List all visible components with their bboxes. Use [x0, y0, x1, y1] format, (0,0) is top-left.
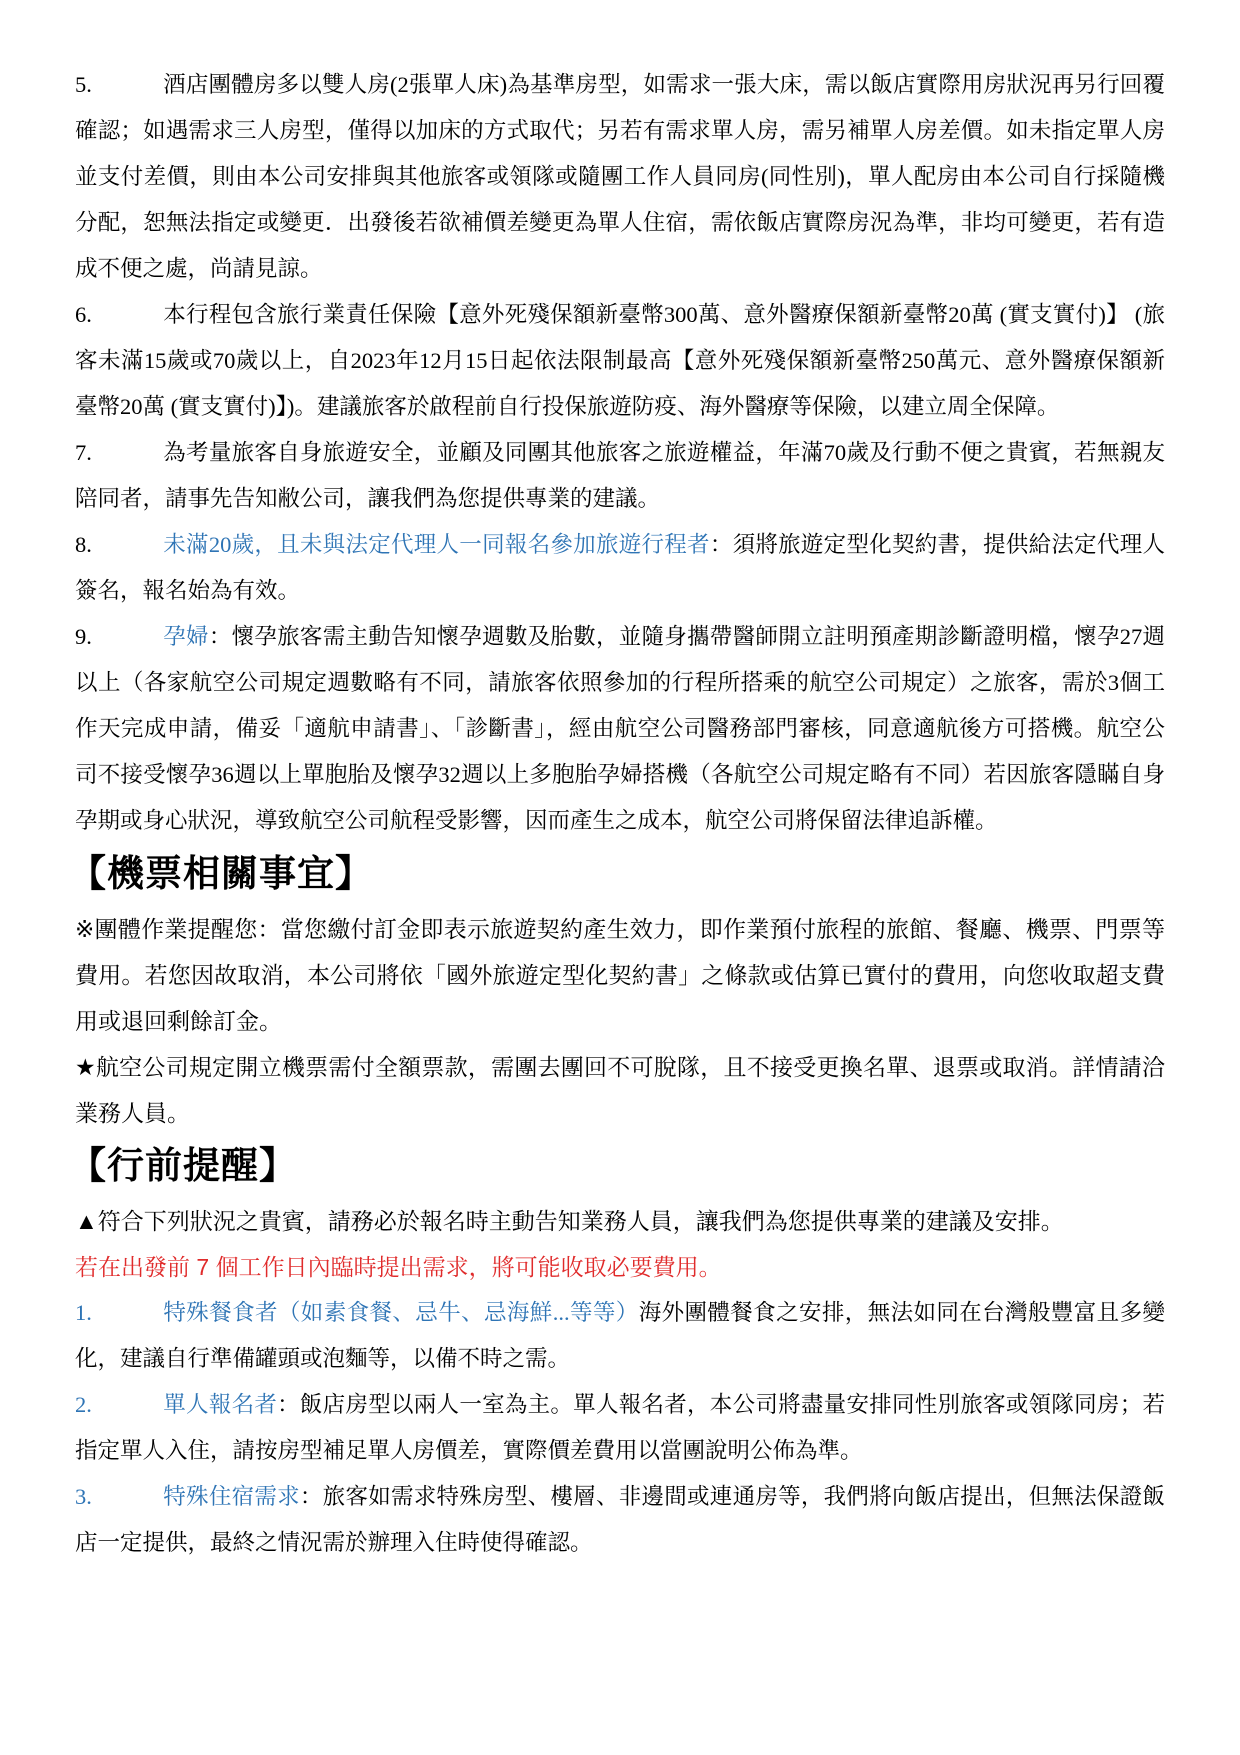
term-item-8: 8.未滿20歲，且未與法定代理人一同報名參加旅遊行程者：須將旅遊定型化契約書，提… — [75, 522, 1165, 614]
terms-document: 5.酒店團體房多以雙人房(2張單人床)為基準房型，如需求一張大床，需以飯店實際用… — [75, 62, 1165, 1566]
ticket-airline-note: ★航空公司規定開立機票需付全額票款，需團去團回不可脫隊，且不接受更換名單、退票或… — [75, 1044, 1165, 1136]
reminder-item-2: 2.單人報名者：飯店房型以兩人一室為主。單人報名者，本公司將盡量安排同性別旅客或… — [75, 1382, 1165, 1474]
term-item-9: 9.孕婦：懷孕旅客需主動告知懷孕週數及胎數，並隨身攜帶醫師開立註明預產期診斷證明… — [75, 614, 1165, 844]
term-item-7: 7.為考量旅客自身旅遊安全，並顧及同團其他旅客之旅遊權益，年滿70歲及行動不便之… — [75, 430, 1165, 522]
item-number: 1. — [75, 1290, 163, 1336]
ticket-deposit-note: ※團體作業提醒您：當您繳付訂金即表示旅遊契約產生效力，即作業預付旅程的旅館、餐廳… — [75, 906, 1165, 1044]
item-number: 2. — [75, 1382, 163, 1428]
reminder-item-3: 3.特殊住宿需求：旅客如需求特殊房型、樓層、非邊間或連通房等，我們將向飯店提出，… — [75, 1474, 1165, 1566]
pretrip-warning-red: 若在出發前 7 個工作日內臨時提出需求，將可能收取必要費用。 — [75, 1244, 1165, 1290]
pretrip-notice: ▲符合下列狀況之貴賓，請務必於報名時主動告知業務人員，讓我們為您提供專業的建議及… — [75, 1198, 1165, 1244]
item-text: ：懷孕旅客需主動告知懷孕週數及胎數，並隨身攜帶醫師開立註明預產期診斷證明檔，懷孕… — [75, 624, 1165, 833]
item-highlight-text: 特殊住宿需求 — [163, 1484, 300, 1509]
item-highlight-text: 未滿20歲，且未與法定代理人一同報名參加旅遊行程者 — [163, 532, 710, 557]
item-highlight-text: 單人報名者 — [163, 1392, 277, 1417]
item-number: 8. — [75, 522, 163, 568]
item-text: 酒店團體房多以雙人房(2張單人床)為基準房型，如需求一張大床，需以飯店實際用房狀… — [75, 72, 1165, 281]
item-highlight-text: 孕婦 — [163, 624, 209, 649]
item-number: 7. — [75, 430, 163, 476]
term-item-5: 5.酒店團體房多以雙人房(2張單人床)為基準房型，如需求一張大床，需以飯店實際用… — [75, 62, 1165, 292]
item-highlight-text: 特殊餐食者（如素食餐、忌牛、忌海鮮...等等） — [163, 1300, 639, 1325]
item-number: 9. — [75, 614, 163, 660]
item-text: 本行程包含旅行業責任保險【意外死殘保額新臺幣300萬、意外醫療保額新臺幣20萬 … — [75, 302, 1165, 419]
item-number: 3. — [75, 1474, 163, 1520]
item-number: 5. — [75, 62, 163, 108]
item-text: 為考量旅客自身旅遊安全，並顧及同團其他旅客之旅遊權益，年滿70歲及行動不便之貴賓… — [75, 440, 1165, 511]
document-page: 5.酒店團體房多以雙人房(2張單人床)為基準房型，如需求一張大床，需以飯店實際用… — [0, 0, 1240, 1755]
term-item-6: 6.本行程包含旅行業責任保險【意外死殘保額新臺幣300萬、意外醫療保額新臺幣20… — [75, 292, 1165, 430]
section-header-pretrip: 【行前提醒】 — [69, 1138, 1165, 1196]
section-header-ticket: 【機票相關事宜】 — [69, 846, 1165, 904]
item-number: 6. — [75, 292, 163, 338]
reminder-item-1: 1.特殊餐食者（如素食餐、忌牛、忌海鮮...等等）海外團體餐食之安排，無法如同在… — [75, 1290, 1165, 1382]
